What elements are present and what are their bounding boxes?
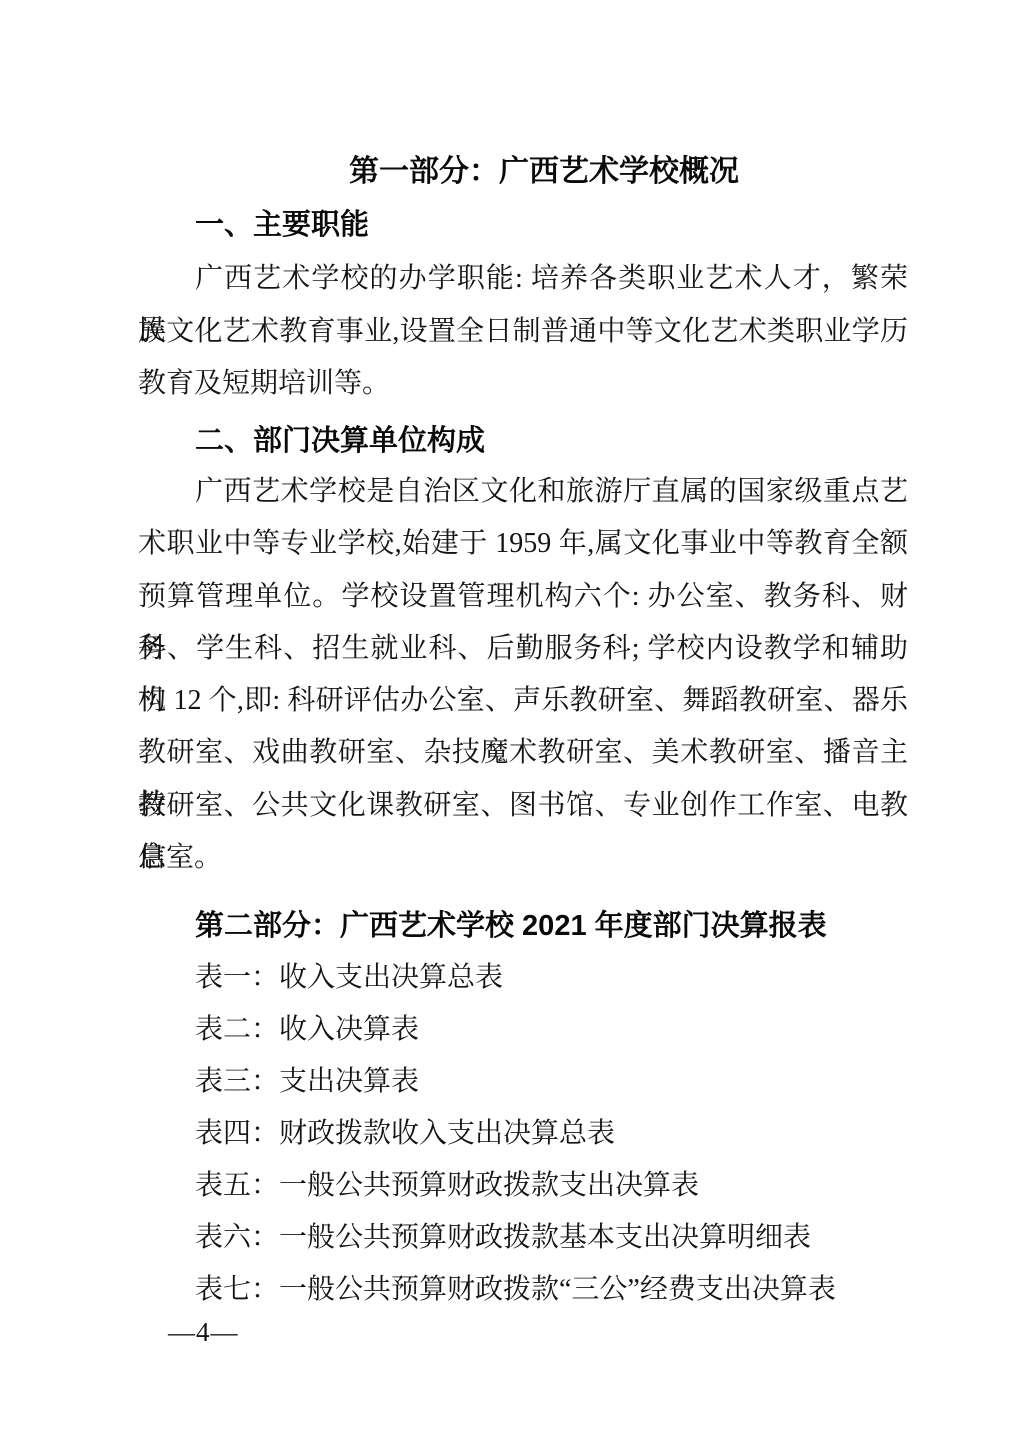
- section2-paragraph-line-6: 教研室、戏曲教研室、杂技魔术教研室、美术教研室、播音主持: [138, 727, 908, 779]
- section2-paragraph-line-4: 科、学生科、招生就业科、后勤服务科; 学校内设教学和辅助机: [138, 623, 908, 675]
- table-list-item-4: 表四：财政拨款收入支出决算总表: [138, 1108, 908, 1160]
- section2-paragraph-line-7: 教研室、公共文化课教研室、图书馆、专业创作工作室、电教信: [138, 780, 908, 832]
- part1-title: 第一部分：广西艺术学校概况: [138, 146, 908, 198]
- table-list-item-6: 表六：一般公共预算财政拨款基本支出决算明细表: [138, 1212, 908, 1264]
- document-page: 第一部分：广西艺术学校概况 一、主要职能 广西艺术学校的办学职能: 培养各类职业…: [0, 0, 1024, 1448]
- section2-paragraph-line-1: 广西艺术学校是自治区文化和旅游厅直属的国家级重点艺: [138, 466, 908, 518]
- section1-paragraph-line-1: 广西艺术学校的办学职能: 培养各类职业艺术人才，繁荣民: [138, 253, 908, 305]
- section2-paragraph-line-3: 预算管理单位。学校设置管理机构六个: 办公室、教务科、财务: [138, 571, 908, 623]
- table-list-item-7: 表七：一般公共预算财政拨款“三公”经费支出决算表: [138, 1264, 908, 1316]
- part2-title: 第二部分：广西艺术学校 2021 年度部门决算报表: [138, 900, 908, 952]
- page-number: —4—: [168, 1306, 239, 1358]
- section2-paragraph-line-8: 息室。: [138, 832, 908, 884]
- section1-heading: 一、主要职能: [138, 199, 908, 251]
- table-list-item-3: 表三：支出决算表: [138, 1056, 908, 1108]
- section2-heading: 二、部门决算单位构成: [138, 415, 908, 467]
- section2-paragraph-line-2: 术职业中等专业学校,始建于 1959 年,属文化事业中等教育全额: [138, 518, 908, 570]
- section1-paragraph-line-2: 族文化艺术教育事业,设置全日制普通中等文化艺术类职业学历: [138, 306, 908, 358]
- table-list-item-2: 表二：收入决算表: [138, 1004, 908, 1056]
- section1-paragraph-line-3: 教育及短期培训等。: [138, 358, 908, 410]
- table-list-item-1: 表一：收入支出决算总表: [138, 952, 908, 1004]
- table-list-item-5: 表五：一般公共预算财政拨款支出决算表: [138, 1160, 908, 1212]
- section2-paragraph-line-5: 构 12 个,即: 科研评估办公室、声乐教研室、舞蹈教研室、器乐: [138, 675, 908, 727]
